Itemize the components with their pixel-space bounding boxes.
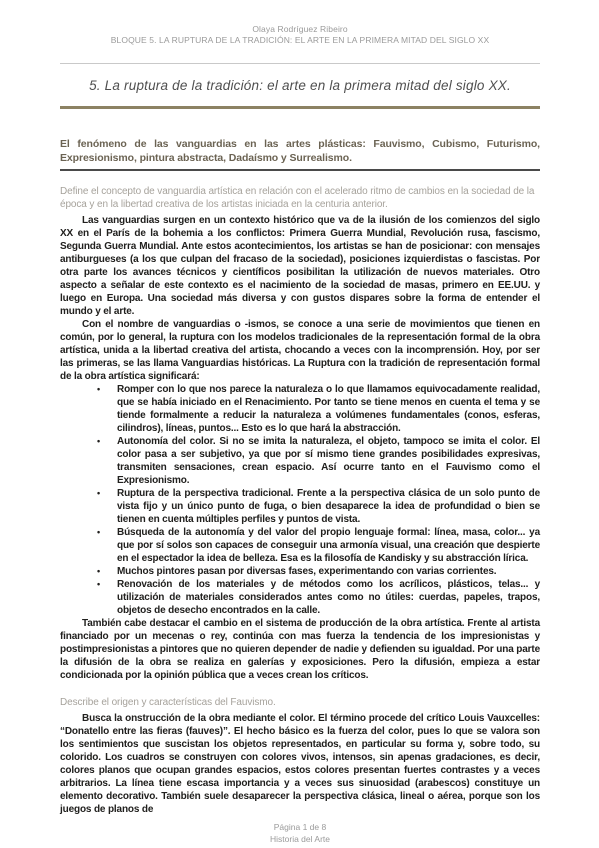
bullet-list: •Romper con lo que nos parece la natural… bbox=[60, 383, 540, 617]
bullet-marker: • bbox=[95, 487, 117, 526]
document-page: Olaya Rodríguez Ribeiro BLOQUE 5. LA RUP… bbox=[0, 0, 599, 848]
paragraph: Las vanguardias surgen en un contexto hi… bbox=[60, 214, 540, 318]
bullet-item: •Autonomía del color. Si no se imita la … bbox=[95, 435, 540, 487]
bullet-marker: • bbox=[95, 565, 117, 578]
bullet-text: Romper con lo que nos parece la naturale… bbox=[117, 383, 540, 435]
footer-page-number: Página 1 de 8 bbox=[60, 821, 540, 833]
bullet-item: •Renovación de los materiales y de métod… bbox=[95, 578, 540, 617]
bullet-text: Ruptura de la perspectiva tradicional. F… bbox=[117, 487, 540, 526]
question-prompt-2: Describe el origen y características del… bbox=[60, 696, 540, 709]
paragraph: Busca la onstrucción de la obra mediante… bbox=[60, 712, 540, 816]
bullet-text: Muchos pintores pasan por diversas fases… bbox=[117, 565, 540, 578]
section-heading: El fenómeno de las vanguardias en las ar… bbox=[60, 137, 540, 171]
bullet-item: •Ruptura de la perspectiva tradicional. … bbox=[95, 487, 540, 526]
bullet-marker: • bbox=[95, 526, 117, 565]
bullet-text: Búsqueda de la autonomía y del valor del… bbox=[117, 526, 540, 565]
header-block-title: BLOQUE 5. LA RUPTURA DE LA TRADICIÓN: EL… bbox=[60, 35, 540, 46]
bullet-marker: • bbox=[95, 578, 117, 617]
question-prompt-1: Define el concepto de vanguardia artísti… bbox=[60, 185, 540, 211]
header-author: Olaya Rodríguez Ribeiro bbox=[60, 24, 540, 35]
bullet-item: •Romper con lo que nos parece la natural… bbox=[95, 383, 540, 435]
paragraph: Con el nombre de vanguardias o -ismos, s… bbox=[60, 318, 540, 383]
bullet-text: Renovación de los materiales y de método… bbox=[117, 578, 540, 617]
bullet-text: Autonomía del color. Si no se imita la n… bbox=[117, 435, 540, 487]
page-title: 5. La ruptura de la tradición: el arte e… bbox=[60, 77, 540, 94]
bullet-item: •Muchos pintores pasan por diversas fase… bbox=[95, 565, 540, 578]
bullet-item: •Búsqueda de la autonomía y del valor de… bbox=[95, 526, 540, 565]
header-divider bbox=[60, 63, 540, 64]
document-header: Olaya Rodríguez Ribeiro BLOQUE 5. LA RUP… bbox=[60, 24, 540, 46]
bullet-marker: • bbox=[95, 435, 117, 487]
title-accent-divider bbox=[60, 106, 540, 109]
footer-subject: Historia del Arte bbox=[60, 833, 540, 845]
paragraph: También cabe destacar el cambio en el si… bbox=[60, 617, 540, 682]
bullet-marker: • bbox=[95, 383, 117, 435]
document-footer: Página 1 de 8 Historia del Arte bbox=[60, 821, 540, 845]
